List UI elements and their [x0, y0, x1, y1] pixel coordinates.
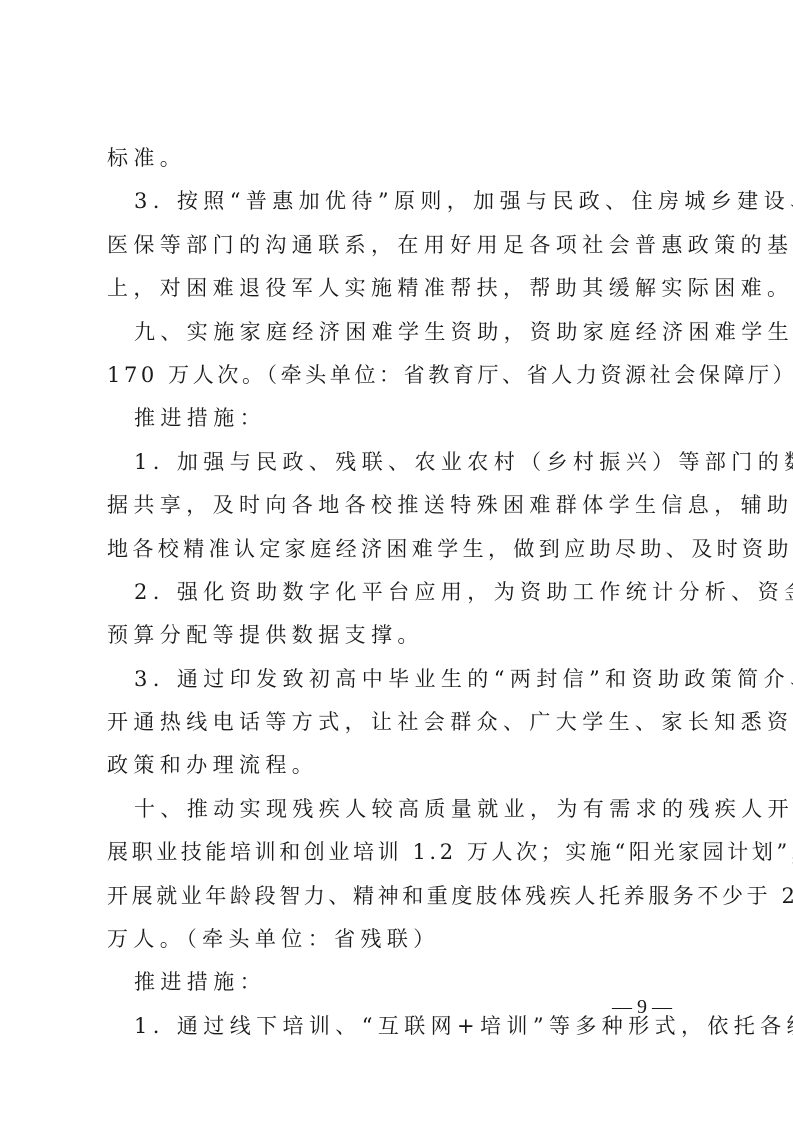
text-line-item-2-digital-platform: 2. 强化资助数字化平台应用，为资助工作统计分析、资金: [107, 578, 687, 621]
section-heading-10-lead-unit: 万人。（牵头单位：省残联）: [107, 925, 687, 968]
text-line: 展职业技能培训和创业培训 1.2 万人次；实施“阳光家园计划”，: [107, 838, 687, 881]
section-heading-9-lead-units: 170 万人次。（牵头单位：省教育厅、省人力资源社会保障厅）: [107, 361, 687, 404]
text-line: 上，对困难退役军人实施精准帮扶，帮助其缓解实际困难。: [107, 274, 687, 317]
section-heading-10: 十、推动实现残疾人较高质量就业，为有需求的残疾人开: [107, 795, 687, 838]
text-line: 据共享，及时向各地各校推送特殊困难群体学生信息，辅助各: [107, 491, 687, 534]
text-line-item-3-preferential-care: 3. 按照“普惠加优待”原则，加强与民政、住房城乡建设、: [107, 187, 687, 230]
section-heading-9: 九、实施家庭经济困难学生资助，资助家庭经济困难学生: [107, 318, 687, 361]
text-line: 开通热线电话等方式，让社会群众、广大学生、家长知悉资助: [107, 708, 687, 751]
text-line: 地各校精准认定家庭经济困难学生，做到应助尽助、及时资助。: [107, 535, 687, 578]
text-line-item-1-training: 1. 通过线下培训、“互联网+培训”等多种形式，依托各级: [107, 1012, 687, 1055]
text-line: 医保等部门的沟通联系，在用好用足各项社会普惠政策的基础: [107, 231, 687, 274]
text-line-continuation: 标准。: [107, 144, 687, 187]
measures-label: 推进措施：: [107, 968, 687, 1011]
text-line: 政策和办理流程。: [107, 751, 687, 794]
text-line: 预算分配等提供数据支撑。: [107, 621, 687, 664]
measures-label: 推进措施：: [107, 404, 687, 447]
text-line-item-1-data-sharing: 1. 加强与民政、残联、农业农村（乡村振兴）等部门的数: [107, 448, 687, 491]
page-number: — 9 —: [606, 996, 678, 1018]
text-line: 开展就业年龄段智力、精神和重度肢体残疾人托养服务不少于 2: [107, 882, 687, 925]
document-body: 标准。 3. 按照“普惠加优待”原则，加强与民政、住房城乡建设、 医保等部门的沟…: [107, 144, 687, 1055]
text-line-item-3-two-letters: 3. 通过印发致初高中毕业生的“两封信”和资助政策简介、: [107, 665, 687, 708]
